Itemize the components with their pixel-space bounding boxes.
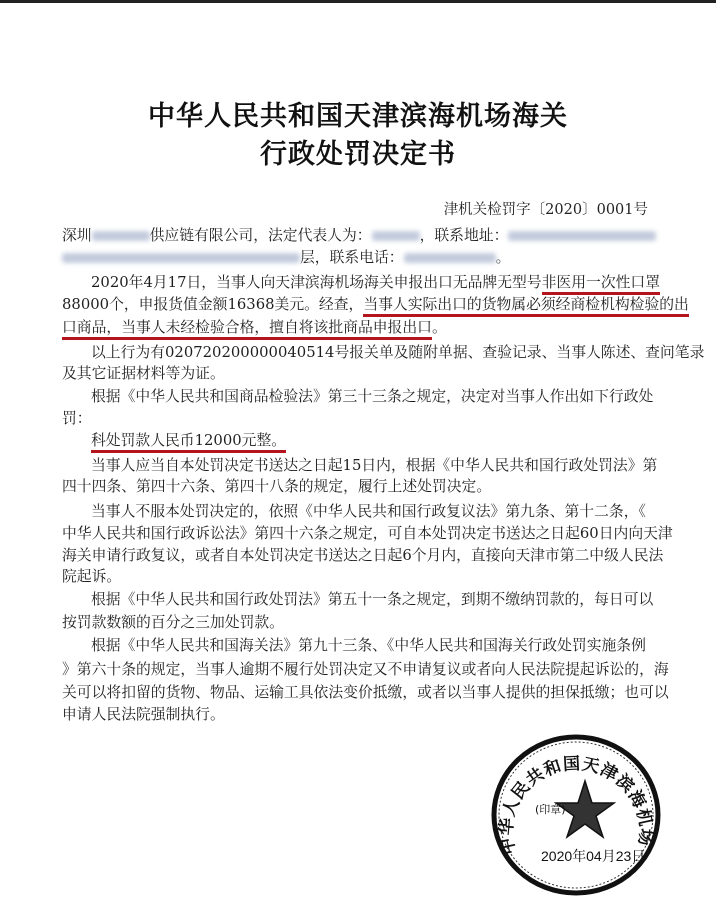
underlined-product: 非医用一次性口罩	[542, 274, 660, 295]
para6-line4: 院起诉。	[62, 567, 659, 587]
redacted-address-part2	[62, 253, 300, 263]
underlined-violation: 当事人实际出口的货物属必须经商检机构检验的出	[363, 296, 689, 317]
para3-line2: 罚：	[62, 409, 659, 429]
redacted-representative	[372, 231, 420, 241]
para6-line1: 当事人不服本处罚决定的，依照《中华人民共和国行政复议法》第九条、第十二条，《	[62, 502, 688, 522]
para8-line1: 根据《中华人民共和国海关法》第九十三条、《中华人民共和国海关行政处罚实施条例	[62, 636, 688, 656]
para1-text: 2020年4月17日，当事人向天津滨海机场海关申报出口无品牌无型号	[91, 274, 542, 291]
redacted-phone	[404, 253, 496, 263]
scan-top-edge	[0, 0, 716, 3]
svg-text:中华人民共和国天津滨海机场海关: 中华人民共和国天津滨海机场海关	[490, 733, 656, 857]
official-seal-icon: 中华人民共和国天津滨海机场海关 (印章)	[490, 733, 662, 897]
para1-text: 88000个，申报货值金额16368美元。经查，	[62, 296, 363, 313]
party-end: 。	[496, 249, 511, 266]
para8-line4: 申请人民法院强制执行。	[62, 705, 659, 725]
para7-line1: 根据《中华人民共和国行政处罚法》第五十一条之规定，到期不缴纳罚款的，每日可以	[62, 590, 688, 610]
para7-line2: 按罚款数额的百分之三加处罚款。	[62, 613, 659, 633]
party-line-1: 深圳供应链有限公司，法定代表人为：，联系地址：	[62, 226, 659, 246]
seal-center-text: (印章)	[535, 802, 566, 816]
party-line-2: 层，联系电话：。	[62, 248, 659, 268]
seal-ring-text: 中华人民共和国天津滨海机场海关	[490, 733, 656, 857]
para5-line1: 当事人应当自本处罚决定书送达之日起15日内，根据《中华人民共和国行政处罚法》第	[62, 456, 688, 476]
para8-line3: 关可以将扣留的货物、物品、运输工具依法变价抵缴，或者以当事人提供的担保抵缴；也可…	[62, 683, 659, 703]
para1-end: 。	[432, 319, 447, 336]
para2-line1: 以上行为有020720200000040514号报关单及随附单据、查验记录、当事…	[62, 343, 688, 363]
document-number: 津机关检罚字〔2020〕0001号	[444, 198, 648, 219]
para1-line2: 88000个，申报货值金额16368美元。经查，当事人实际出口的货物属必须经商检…	[62, 295, 659, 315]
party-address-label: ，联系地址：	[420, 227, 509, 244]
para6-line3: 海关申请行政复议，或者自本处罚决定书送达之日起6个月内，直接向天津市第二中级人民…	[62, 546, 659, 566]
penalty-line: 科处罚款人民币12000元整。	[62, 431, 688, 451]
redacted-company-name	[92, 231, 150, 241]
signature-date: 2020年04月23日	[541, 846, 645, 866]
document-title-line2: 行政处罚决定书	[0, 132, 716, 171]
redacted-address-part1	[508, 231, 656, 241]
para2-line2: 及其它证据材料等为证。	[62, 364, 659, 384]
para1-line1: 2020年4月17日，当事人向天津滨海机场海关申报出口无品牌无型号非医用一次性口…	[62, 273, 688, 293]
underlined-violation-cont: 口商品，当事人未经检验合格，擅自将该批商品申报出口	[62, 319, 432, 340]
para5-line2: 四十四条、第四十六条、第四十八条的规定，履行上述处罚决定。	[62, 477, 659, 497]
party-company-label: 供应链有限公司，法定代表人为：	[150, 227, 372, 244]
para8-line2: 》第六十条的规定，当事人逾期不履行处罚决定又不申请复议或者向人民法院提起诉讼的，…	[62, 660, 659, 680]
party-city: 深圳	[62, 227, 92, 244]
document-title-line1: 中华人民共和国天津滨海机场海关	[0, 94, 716, 133]
underlined-penalty-amount: 科处罚款人民币12000元整。	[91, 432, 286, 453]
para1-line3: 口商品，当事人未经检验合格，擅自将该批商品申报出口。	[62, 318, 659, 338]
party-phone-label: 层，联系电话：	[300, 249, 404, 266]
para3-line1: 根据《中华人民共和国商品检验法》第三十三条之规定，决定对当事人作出如下行政处	[62, 387, 688, 407]
para6-line2: 中华人民共和国行政诉讼法》第四十六条之规定，可自本处罚决定书送达之日起60日内向…	[62, 524, 659, 544]
